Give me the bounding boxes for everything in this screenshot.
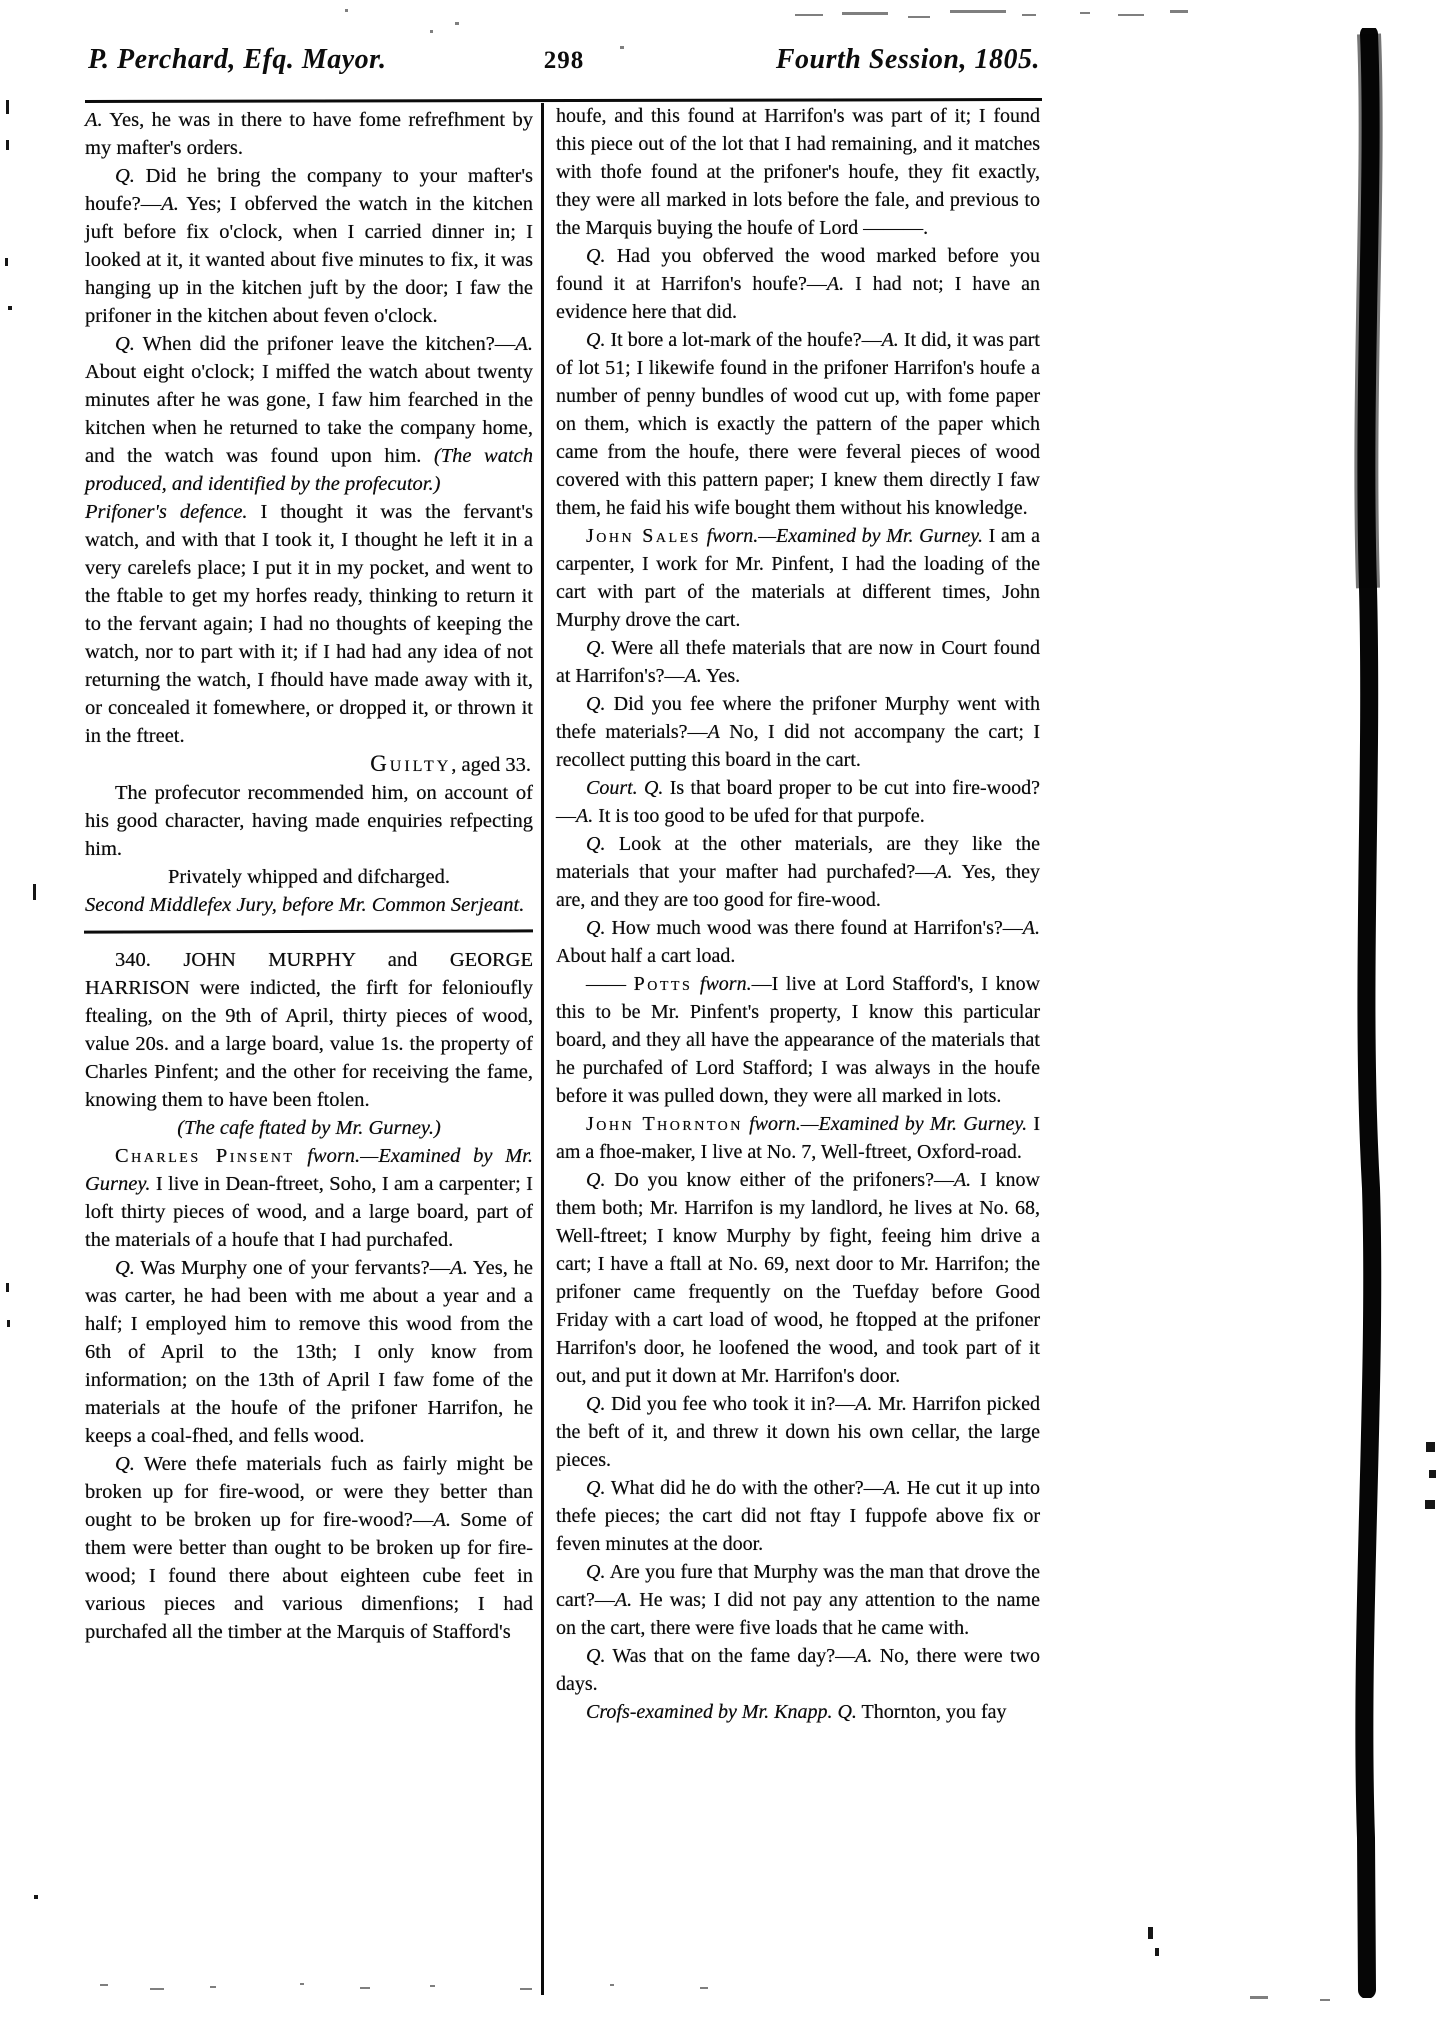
paragraph: Q. When did the prifoner leave the kitch… — [85, 330, 533, 498]
text-run: Was that on the fame day?— — [605, 1645, 855, 1667]
section-rule — [84, 929, 533, 933]
text-run: Q. — [586, 329, 605, 351]
text-run: Q. — [586, 917, 605, 939]
scan-ink-mark — [1425, 1500, 1435, 1509]
text-run: Were all thefe materials that are now in… — [556, 637, 1040, 687]
paragraph: Prifoner's defence. I thought it was the… — [85, 498, 533, 750]
text-run: A. — [954, 1169, 971, 1191]
scan-ink-mark — [7, 1320, 10, 1327]
scan-speckle — [300, 1983, 304, 1985]
text-run: A. — [884, 1477, 901, 1499]
text-run: A. — [685, 665, 702, 687]
text-run: Yes, he was carter, he had been with me … — [85, 1257, 533, 1447]
paragraph: Q. Do you know either of the prifoners?—… — [556, 1166, 1040, 1390]
paragraph: Second Middlefex Jury, before Mr. Common… — [85, 891, 533, 919]
scan-ink-mark — [33, 884, 36, 900]
text-run: John Thornton — [586, 1113, 743, 1135]
text-run: It bore a lot-mark of the houfe?— — [605, 329, 881, 351]
scan-speckle — [210, 1986, 216, 1988]
paragraph: Q. Did he bring the company to your maft… — [85, 162, 533, 330]
paragraph: Q. What did he do with the other?—A. He … — [556, 1474, 1040, 1558]
text-run: Q. — [586, 1393, 605, 1415]
scan-ink-mark — [6, 140, 9, 150]
text-run: John Sales — [586, 525, 701, 547]
scan-ink-mark — [1155, 1948, 1159, 1956]
scan-ink-mark — [1429, 1470, 1436, 1478]
text-run — [295, 1145, 308, 1167]
paragraph: A. Yes, he was in there to have fome ref… — [85, 106, 533, 162]
scan-gutter-shadow-artifact — [1348, 28, 1390, 1998]
text-run: —— — [586, 973, 634, 995]
paragraph: (The cafe ftated by Mr. Gurney.) — [85, 1114, 533, 1142]
scan-speckle — [1118, 14, 1144, 16]
text-run: 340. JOHN MURPHY and GEORGE HARRISON wer… — [85, 949, 533, 1111]
text-run: A — [708, 721, 720, 743]
scan-speckle — [700, 1987, 708, 1989]
text-run: Potts — [634, 973, 693, 995]
text-run: A. — [615, 1589, 632, 1611]
paragraph: Q. Look at the other materials, are they… — [556, 830, 1040, 914]
text-run: Q. — [586, 1169, 605, 1191]
scan-speckle — [430, 1985, 435, 1987]
paragraph: Q. Was that on the fame day?—A. No, ther… — [556, 1642, 1040, 1698]
page-number: 298 — [499, 47, 629, 75]
text-run: I live in Dean-ftreet, Soho, I am a carp… — [85, 1173, 533, 1251]
paragraph: 340. JOHN MURPHY and GEORGE HARRISON wer… — [85, 946, 533, 1114]
paragraph: houfe, and this found at Harrifon's was … — [556, 102, 1040, 242]
paragraph: Q. Had you obferved the wood marked befo… — [556, 242, 1040, 326]
scan-speckle — [360, 1987, 370, 1989]
scan-ink-mark — [6, 100, 9, 114]
text-run: Q. — [586, 245, 605, 267]
paragraph: Q. It bore a lot-mark of the houfe?—A. I… — [556, 326, 1040, 522]
scan-ink-mark — [6, 1283, 9, 1292]
text-run: Privately whipped and difcharged. — [168, 866, 450, 888]
scan-speckle — [1080, 12, 1090, 14]
scan-speckle — [795, 14, 823, 16]
scan-speckle — [1250, 1996, 1268, 1999]
running-title-right: Fourth Session, 1805. — [629, 44, 1040, 76]
text-run: Did you fee who took it in?— — [605, 1393, 855, 1415]
text-run: A. — [576, 805, 593, 827]
paragraph: Q. Was Murphy one of your fervants?—A. Y… — [85, 1254, 533, 1450]
scan-speckle — [430, 30, 433, 33]
text-run: It did, it was part of lot 51; I likewif… — [556, 329, 1040, 519]
text-run: Court. Q. — [586, 777, 663, 799]
paragraph: Q. Did you fee who took it in?—A. Mr. Ha… — [556, 1390, 1040, 1474]
paragraph: Charles Pinsent fworn.—Examined by Mr. G… — [85, 1142, 533, 1254]
text-run: A. — [161, 193, 179, 215]
text-run: A. — [935, 861, 952, 883]
scan-ink-mark — [1426, 1442, 1435, 1452]
text-run: A. — [855, 1645, 872, 1667]
scan-ink-mark — [1148, 1927, 1153, 1939]
paragraph: Q. Did you fee where the prifoner Murphy… — [556, 690, 1040, 774]
text-run: Q. — [586, 833, 605, 855]
paragraph: John Sales fworn.—Examined by Mr. Gurney… — [556, 522, 1040, 634]
text-run: A. — [515, 333, 533, 355]
text-run: About half a cart load. — [556, 945, 735, 967]
text-run: A. — [1023, 917, 1040, 939]
scanned-document-page: P. Perchard, Efq. Mayor. 298 Fourth Sess… — [0, 0, 1439, 2032]
scan-speckle — [908, 16, 930, 18]
page-header: P. Perchard, Efq. Mayor. 298 Fourth Sess… — [88, 44, 1040, 76]
scan-ink-mark — [8, 306, 12, 310]
left-column: A. Yes, he was in there to have fome ref… — [85, 106, 533, 1646]
text-run: Q. — [586, 693, 605, 715]
scan-speckle — [1022, 14, 1036, 16]
paragraph: Q. Were all thefe materials that are now… — [556, 634, 1040, 690]
text-run: What did he do with the other?— — [605, 1477, 883, 1499]
scan-speckle — [520, 1988, 532, 1990]
text-run: Do you know either of the prifoners?— — [605, 1169, 954, 1191]
scan-speckle — [100, 1984, 108, 1986]
paragraph: John Thornton fworn.—Examined by Mr. Gur… — [556, 1110, 1040, 1166]
paragraph: Court. Q. Is that board proper to be cut… — [556, 774, 1040, 830]
paragraph: Q. Are you fure that Murphy was the man … — [556, 1558, 1040, 1642]
column-divider — [541, 103, 544, 1995]
text-run: Q. — [586, 1477, 605, 1499]
text-run: Q. — [115, 1453, 135, 1475]
text-run: Yes, he was in there to have fome refref… — [85, 109, 533, 159]
text-run: I thought it was the fervant's watch, an… — [85, 501, 533, 747]
text-run: A. — [882, 329, 899, 351]
paragraph: Crofs-examined by Mr. Knapp. Q. Thornton… — [556, 1698, 1040, 1726]
text-run: How much wood was there found at Harrifo… — [605, 917, 1022, 939]
text-run: A. — [433, 1509, 451, 1531]
text-run: Prifoner's defence. — [85, 501, 248, 523]
paragraph: —— Potts fworn.—I live at Lord Stafford'… — [556, 970, 1040, 1110]
text-run: Was Murphy one of your fervants?— — [135, 1257, 450, 1279]
scan-speckle — [345, 9, 348, 12]
text-run: houfe, and this found at Harrifon's was … — [556, 105, 1040, 239]
text-run: When did the prifoner leave the kitchen?… — [135, 333, 515, 355]
scan-ink-mark — [34, 1895, 38, 1899]
text-run: Q. — [837, 1701, 856, 1723]
text-run: A. — [855, 1393, 872, 1415]
text-run: Thornton, you fay — [857, 1701, 1007, 1723]
text-run: Guilty — [370, 751, 451, 776]
text-run: It is too good to be ufed for that purpo… — [593, 805, 925, 827]
paragraph: Privately whipped and difcharged. — [85, 863, 533, 891]
scan-speckle — [620, 46, 624, 49]
text-run: Second Middlefex Jury, before Mr. Common… — [85, 894, 524, 916]
text-run: fworn.—Examined by Mr. Gurney. — [707, 525, 983, 547]
text-run: Q. — [586, 1561, 605, 1583]
text-run: Q. — [115, 333, 135, 355]
scan-speckle — [1320, 1999, 1330, 2001]
text-run: Q. — [586, 637, 605, 659]
paragraph: Q. How much wood was there found at Harr… — [556, 914, 1040, 970]
text-run: Yes. — [702, 665, 740, 687]
scan-speckle — [610, 1984, 614, 1986]
text-run: I know them both; Mr. Harrifon is my lan… — [556, 1169, 1040, 1387]
text-run: Q. — [115, 1257, 135, 1279]
text-run: Q. — [586, 1645, 605, 1667]
text-run: The profecutor recommended him, on accou… — [85, 782, 533, 860]
scan-speckle — [950, 10, 1006, 13]
scan-ink-mark — [5, 258, 8, 266]
scan-speckle — [150, 1988, 164, 1990]
running-title-left: P. Perchard, Efq. Mayor. — [88, 44, 499, 76]
text-run: A. — [450, 1257, 468, 1279]
paragraph: Q. Were thefe materials fuch as fairly m… — [85, 1450, 533, 1646]
scan-speckle — [455, 22, 459, 25]
text-run: Q. — [115, 165, 135, 187]
text-run: , aged 33. — [451, 754, 531, 776]
paragraph: The profecutor recommended him, on accou… — [85, 779, 533, 863]
right-column: houfe, and this found at Harrifon's was … — [556, 102, 1040, 1726]
scan-speckle — [842, 12, 888, 15]
text-run: Crofs-examined by Mr. Knapp. — [586, 1701, 832, 1723]
text-run: Charles Pinsent — [115, 1145, 295, 1167]
text-run: (The cafe ftated by Mr. Gurney.) — [177, 1117, 441, 1139]
text-run — [692, 973, 700, 995]
scan-speckle — [1170, 10, 1188, 13]
text-run: A. — [85, 109, 103, 131]
paragraph: Guilty, aged 33. — [85, 750, 533, 779]
text-run: fworn.—Examined by Mr. Gurney. — [749, 1113, 1027, 1135]
text-run: A. — [827, 273, 844, 295]
text-run: fworn. — [700, 973, 752, 995]
